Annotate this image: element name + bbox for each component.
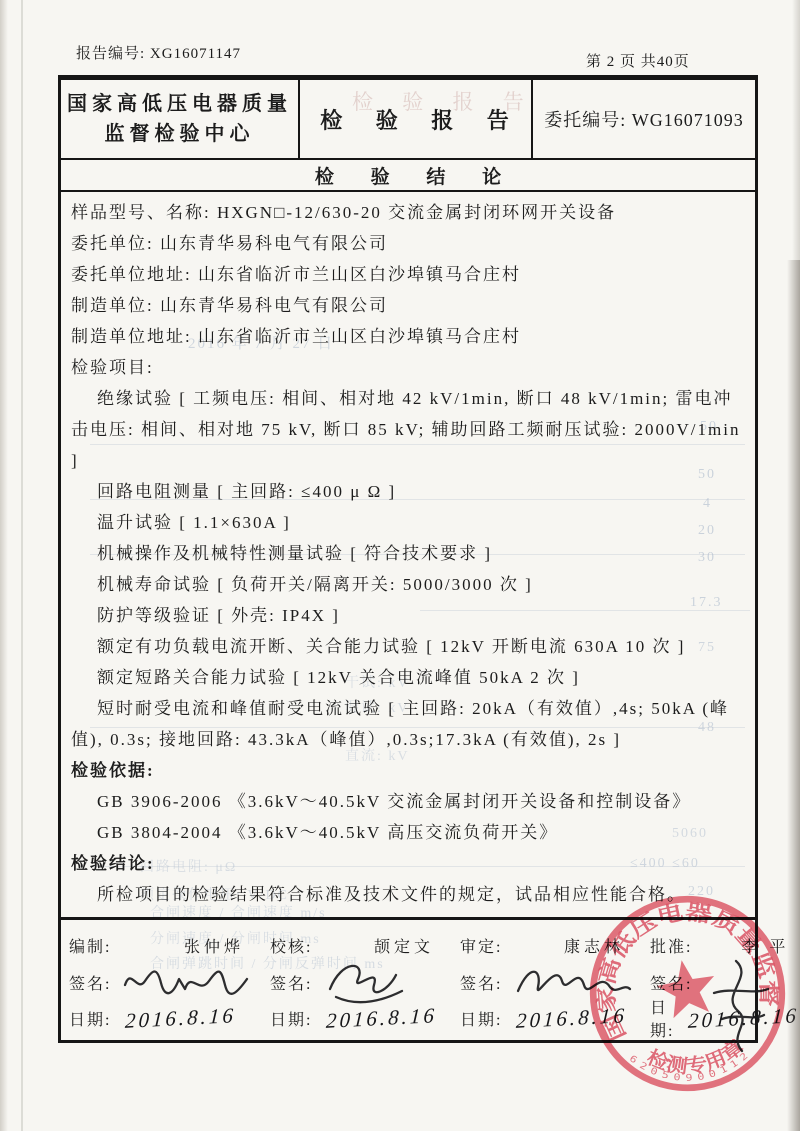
content-line: 委托单位地址: 山东省临沂市兰山区白沙埠镇马合庄村: [71, 259, 745, 290]
org-name-line1: 国家高低压电器质量: [67, 89, 292, 119]
role-name: 张仲烨: [184, 934, 244, 957]
client-number-cell: 委托编号: WG16071093: [533, 80, 755, 158]
scan-edge-right-top: [792, 0, 800, 260]
signature-scribble-compiler: [121, 955, 251, 1003]
role-label: 校核:: [270, 934, 312, 957]
signature-scribble-checker: [322, 955, 422, 1011]
content-line: 额定有功负载电流开断、关合能力试验 [ 12kV 开断电流 630A 10 次 …: [71, 631, 745, 662]
content-line: 检验项目:: [71, 352, 745, 383]
content-line: 机械寿命试验 [ 负荷开关/隔离开关: 5000/3000 次 ]: [71, 569, 745, 600]
doc-title: 检 验 报 告: [320, 104, 523, 135]
content-lines: 样品型号、名称: HXGN□-12/630-20 交流金属封闭环网开关设备委托单…: [61, 190, 755, 917]
content-line: 制造单位地址: 山东省临沂市兰山区白沙埠镇马合庄村: [71, 321, 745, 352]
content-line: 制造单位: 山东青华易科电气有限公司: [71, 290, 745, 321]
org-name-line2: 监督检验中心: [105, 119, 255, 149]
content-line: 委托单位: 山东青华易科电气有限公司: [71, 228, 745, 259]
handwritten-date: 2016.8.16: [326, 1003, 438, 1034]
content-line: 机械操作及机械特性测量试验 [ 符合技术要求 ]: [71, 538, 745, 569]
content-line: 样品型号、名称: HXGN□-12/630-20 交流金属封闭环网开关设备: [71, 197, 745, 228]
content-line: 额定短路关合能力试验 [ 12kV 关合电流峰值 50kA 2 次 ]: [71, 662, 745, 693]
date-label: 日期:: [69, 1007, 111, 1030]
content-line: 温升试验 [ 1.1×630A ]: [71, 507, 745, 538]
stamp-star-icon: [653, 955, 720, 1020]
report-number: 报告编号: XG16071147: [76, 42, 241, 63]
content-line: 检验结论:: [71, 848, 745, 879]
signoff-col-compiler: 编制: 张仲烨 签名: 日期: 2016.8.16: [69, 920, 270, 1040]
scan-edge-left: [0, 0, 8, 1131]
content-line: 防护等级验证 [ 外壳: IP4X ]: [71, 600, 745, 631]
signoff-col-checker: 校核: 颉定文 签名: 日期: 2016.8.16: [270, 920, 460, 1040]
content-line: 回路电阻测量 [ 主回路: ≤400 μ Ω ]: [71, 476, 745, 507]
client-number: 委托编号: WG16071093: [544, 106, 744, 132]
role-label: 编制:: [69, 934, 111, 957]
role-label: 审定:: [460, 934, 502, 957]
content-line: 短时耐受电流和峰值耐受电流试验 [ 主回路: 20kA（有效值）,4s; 50k…: [71, 693, 745, 755]
content-line: GB 3906-2006 《3.6kV～40.5kV 交流金属封闭开关设备和控制…: [71, 786, 745, 817]
doc-title-cell: 检 验 报 告: [300, 80, 533, 158]
section-title: 检 验 结 论: [61, 158, 755, 190]
paper-crease: [21, 0, 23, 1131]
header-row: 国家高低压电器质量 监督检验中心 检 验 报 告 委托编号: WG1607109…: [61, 80, 755, 158]
content-line: 绝缘试验 [ 工频电压: 相间、相对地 42 kV/1min, 断口 48 kV…: [71, 383, 745, 476]
date-label: 日期:: [270, 1007, 312, 1030]
sign-label: 签名:: [270, 971, 312, 994]
org-name-cell: 国家高低压电器质量 监督检验中心: [61, 80, 300, 158]
content-line: 检验依据:: [71, 755, 745, 786]
sign-label: 签名:: [460, 971, 502, 994]
role-name: 颉定文: [374, 934, 434, 957]
sign-label: 签名:: [69, 971, 111, 994]
handwritten-date: 2016.8.16: [125, 1003, 237, 1034]
official-stamp: 国家高低压电器质量监督检验中心 检测专用章 62050900112: [569, 875, 800, 1112]
content-line: GB 3804-2004 《3.6kV～40.5kV 高压交流负荷开关》: [71, 817, 745, 848]
date-label: 日期:: [460, 1007, 502, 1030]
page-number: 第 2 页 共40页: [586, 50, 690, 71]
